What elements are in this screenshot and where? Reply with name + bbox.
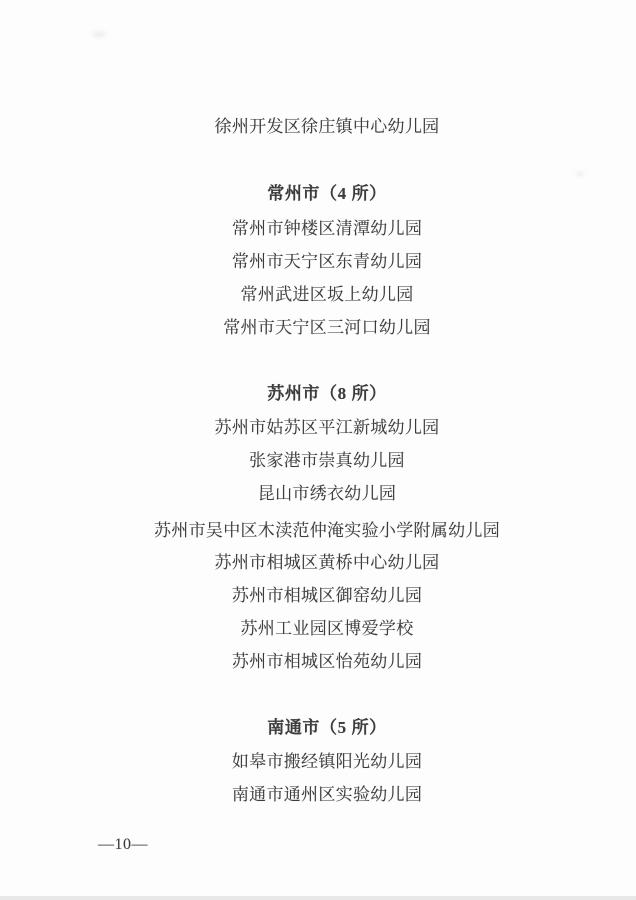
document-page: 徐州开发区徐庄镇中心幼儿园 常州市（4 所） 常州市钟楼区清潭幼儿园 常州市天宁… [0, 0, 636, 900]
scan-artifact [92, 32, 106, 37]
school-list-item: 苏州市吴中区木渎范仲淹实验小学附属幼儿园 [18, 520, 636, 542]
page-number: —10— [98, 834, 148, 856]
city-section-header-changzhou: 常州市（4 所） [18, 183, 636, 205]
school-list-item: 常州市天宁区三河口幼儿园 [18, 317, 636, 339]
school-list-item: 苏州市姑苏区平江新城幼儿园 [18, 417, 636, 439]
school-list-item: 苏州市相城区黄桥中心幼儿园 [18, 552, 636, 574]
city-section-header-nantong: 南通市（5 所） [18, 717, 636, 739]
school-list-item: 南通市通州区实验幼儿园 [18, 784, 636, 806]
school-list-item: 如皋市搬经镇阳光幼儿园 [18, 751, 636, 773]
school-list-item: 常州市钟楼区清潭幼儿园 [18, 218, 636, 240]
school-list-item: 昆山市绣衣幼儿园 [18, 483, 636, 505]
city-section-header-suzhou: 苏州市（8 所） [18, 383, 636, 405]
school-list-item: 苏州市相城区御窑幼儿园 [18, 585, 636, 607]
school-list-item: 苏州市相城区怡苑幼儿园 [18, 651, 636, 673]
scan-artifact [576, 172, 584, 176]
school-list-item: 苏州工业园区博爱学校 [18, 618, 636, 640]
school-list-item: 张家港市崇真幼儿园 [18, 450, 636, 472]
school-list-item: 徐州开发区徐庄镇中心幼儿园 [18, 116, 636, 138]
school-list-item: 常州武进区坂上幼儿园 [18, 284, 636, 306]
scan-page-edge [0, 896, 636, 900]
school-list-item: 常州市天宁区东青幼儿园 [18, 251, 636, 273]
